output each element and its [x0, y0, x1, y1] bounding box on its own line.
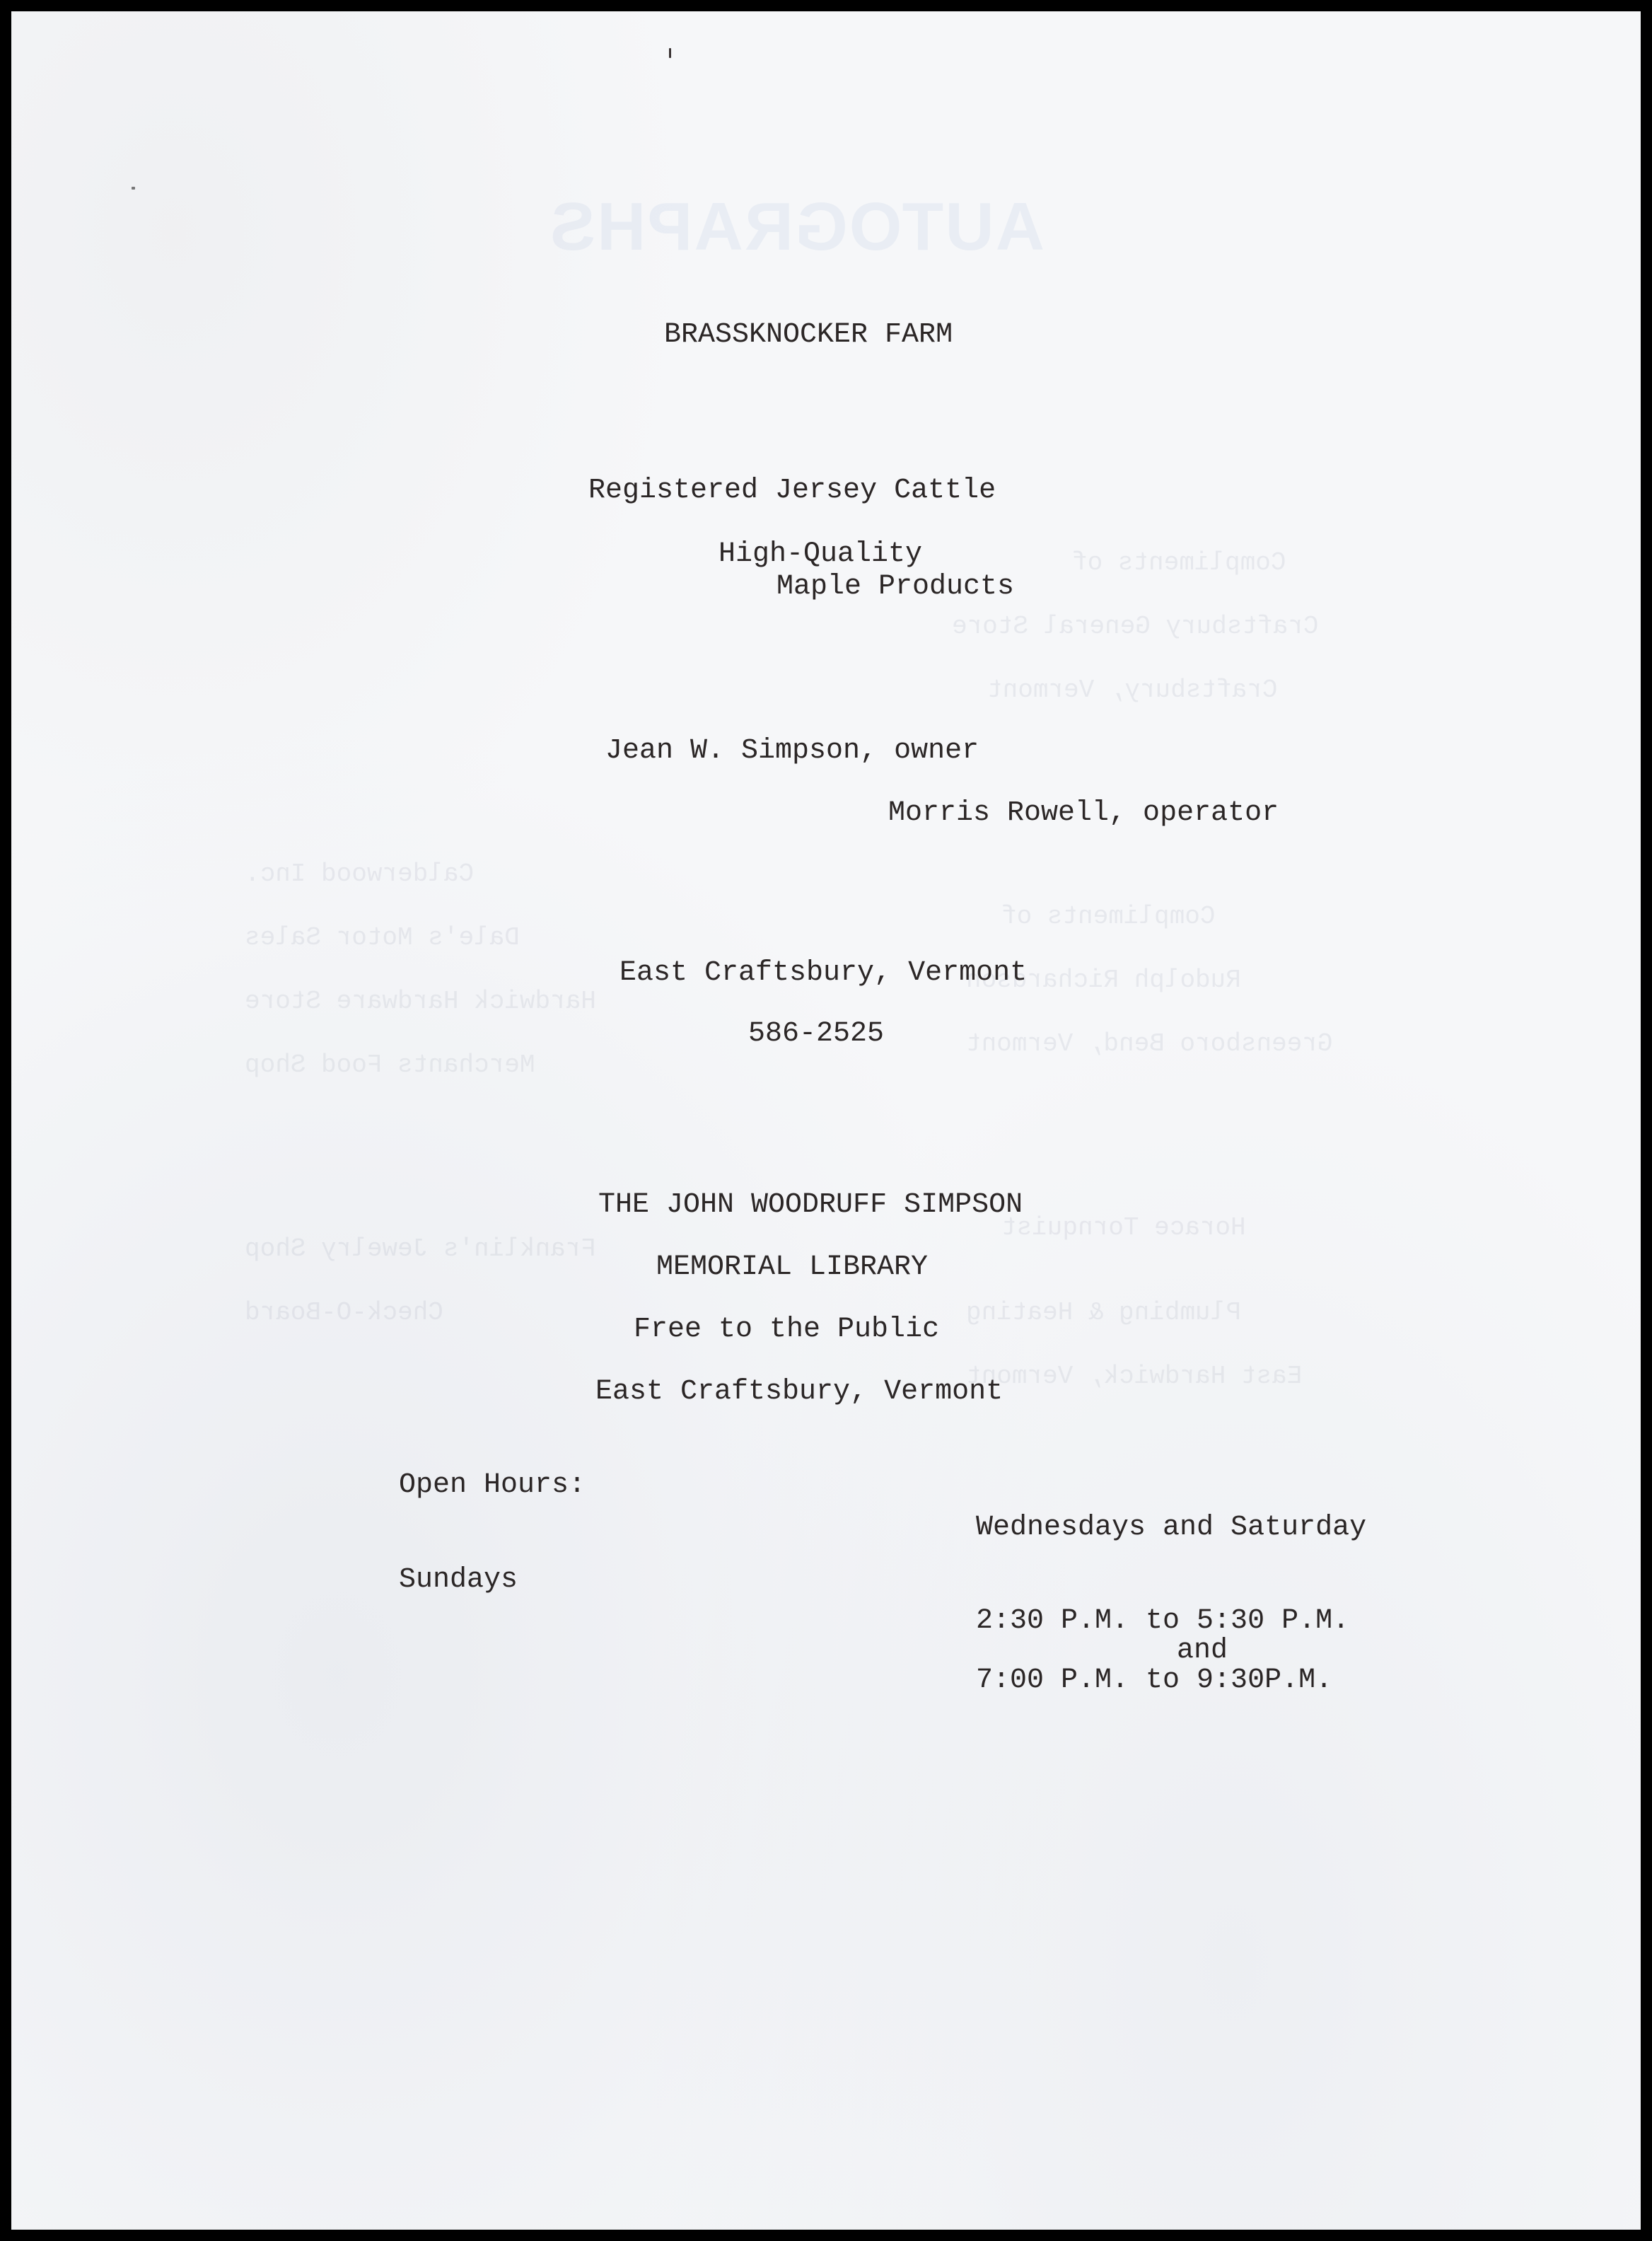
bleed-through-text: East Hardwick, Vermont: [966, 1362, 1302, 1391]
bleed-through-text: Plumbing & Heating: [966, 1299, 1241, 1327]
bleed-through-text: Craftsbury, Vermont: [987, 676, 1277, 705]
bleed-through-text: Compliments of: [1001, 903, 1215, 931]
document-page: AUTOGRAPHS Compliments of Craftsbury Gen…: [11, 11, 1641, 2230]
bleed-through-heading: AUTOGRAPHS: [549, 188, 1045, 266]
farm-line-cattle: Registered Jersey Cattle: [588, 475, 996, 506]
farm-phone: 586-2525: [748, 1019, 884, 1050]
hours-joiner: and: [1177, 1635, 1228, 1667]
library-location: East Craftsbury, Vermont: [595, 1377, 1003, 1408]
bleed-through-text: Compliments of: [1072, 549, 1286, 577]
open-days-weekday: Wednesdays and Saturday: [976, 1512, 1366, 1544]
farm-line-quality: High-Quality: [719, 539, 922, 570]
bleed-through-text: Dale's Motor Sales: [245, 924, 520, 952]
library-name-line1: THE JOHN WOODRUFF SIMPSON: [598, 1190, 1023, 1221]
library-tagline: Free to the Public: [634, 1314, 939, 1345]
bleed-through-text: Franklin's Jewelry Shop: [245, 1235, 596, 1263]
library-name-line2: MEMORIAL LIBRARY: [656, 1252, 928, 1283]
bleed-through-text: Hardwick Hardware Store: [245, 988, 596, 1016]
bleed-through-text: Greensboro Bend, Vermont: [966, 1030, 1332, 1058]
hours-afternoon: 2:30 P.M. to 5:30 P.M.: [976, 1606, 1349, 1637]
bleed-through-text: Craftsbury General Store: [952, 613, 1318, 641]
speck: [669, 48, 671, 58]
speck: [132, 187, 135, 190]
farm-owner: Jean W. Simpson, owner: [605, 736, 979, 767]
farm-name: BRASSKNOCKER FARM: [664, 320, 953, 351]
bleed-through-text: Calderwood Inc.: [245, 860, 474, 888]
farm-line-maple: Maple Products: [776, 572, 1014, 603]
farm-operator: Morris Rowell, operator: [888, 798, 1279, 829]
bleed-through-text: Merchants Food Shop: [245, 1051, 535, 1079]
open-days-sunday: Sundays: [399, 1565, 518, 1596]
open-hours-label: Open Hours:: [399, 1470, 586, 1501]
bleed-through-text: Check-O-Board: [245, 1299, 443, 1327]
hours-evening: 7:00 P.M. to 9:30P.M.: [976, 1665, 1332, 1696]
farm-location: East Craftsbury, Vermont: [619, 958, 1027, 989]
bleed-through-text: Horace Tornquist: [1001, 1214, 1246, 1242]
